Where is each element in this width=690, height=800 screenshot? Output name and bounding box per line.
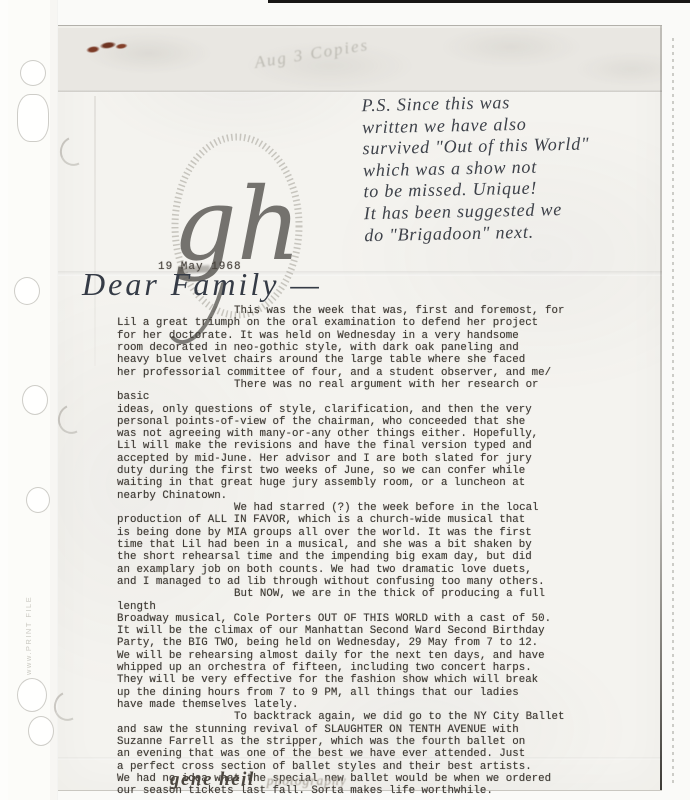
punch-hole xyxy=(22,385,48,415)
punch-hole xyxy=(17,94,49,142)
body-paragraph: But NOW, we are in the thick of producin… xyxy=(117,588,573,711)
letter-body: This was the week that was, first and fo… xyxy=(117,305,573,798)
punch-hole xyxy=(14,277,40,305)
body-paragraph: We had starred (?) the week before in th… xyxy=(117,502,573,588)
punch-hole xyxy=(20,60,46,86)
paper-sheet: Aug 3 Copies gh P.S. Since this was writ… xyxy=(58,25,662,791)
sleeve-strip: www.PRINT FILE xyxy=(0,0,58,800)
signature-name: gene heil xyxy=(170,769,255,790)
paper-right-edge xyxy=(660,26,662,790)
scanner-edge-line xyxy=(268,0,690,3)
paper-crease xyxy=(94,96,96,366)
letterhead-footer: gene heilphotography xyxy=(170,769,347,791)
salutation-handwritten: Dear Family — xyxy=(82,266,322,303)
body-paragraph: This was the week that was, first and fo… xyxy=(117,305,573,379)
protector-seam xyxy=(672,38,674,786)
sleeve-brand-text: www.PRINT FILE xyxy=(24,545,33,675)
punch-hole xyxy=(26,487,50,513)
paper-punch-hole-shadow xyxy=(54,400,91,438)
ps-handwritten-note: P.S. Since this was written we have also… xyxy=(361,89,674,247)
punch-hole xyxy=(17,678,47,712)
scanned-letter-page: { "scan": { "pencil_note": "Aug 3 Copies… xyxy=(0,0,690,800)
body-paragraph: There was no real argument with her rese… xyxy=(117,379,573,502)
punch-hole xyxy=(28,716,54,746)
paper-punch-hole-shadow xyxy=(56,132,93,170)
signature-tagline: photography xyxy=(267,773,347,788)
